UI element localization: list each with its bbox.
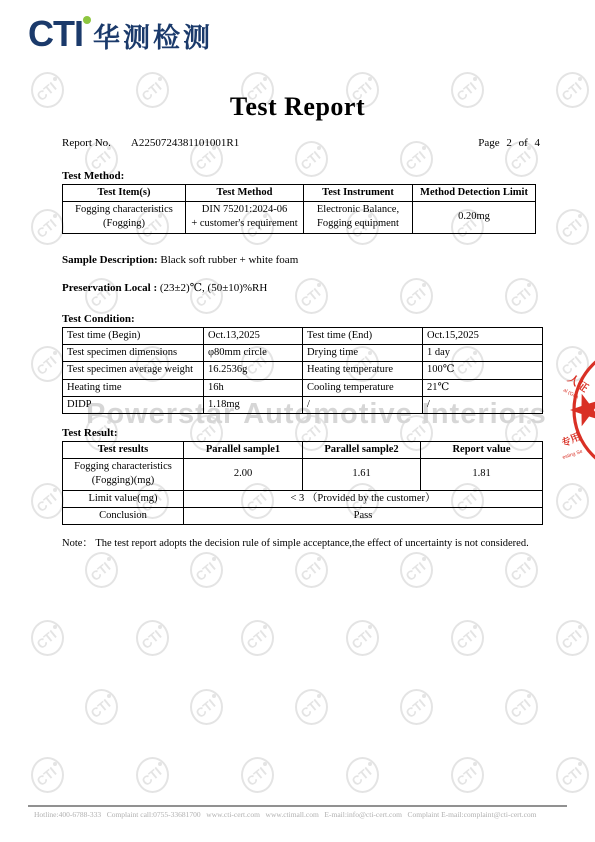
table-cell: DIN 75201:2024-06 + customer's requireme… xyxy=(186,202,304,233)
preservation-label: Preservation Local : xyxy=(62,282,157,294)
table-cell: 1.61 xyxy=(303,459,421,490)
footer-divider xyxy=(28,805,567,807)
table-cell: Fogging characteristics (Fogging) xyxy=(63,202,186,233)
table-row: Limit value(mg)< 3 （Provided by the cust… xyxy=(63,490,543,507)
page-title: Test Report xyxy=(0,92,595,122)
table-cell: φ80mm circle xyxy=(204,345,303,362)
test-method-table: Test Item(s)Test MethodTest InstrumentMe… xyxy=(62,184,536,234)
report-page: CTICTICTICTICTICTICTICTICTICTICTICTICTIC… xyxy=(0,0,595,842)
test-result-label: Test Result: xyxy=(62,427,118,439)
table-header-row: Test resultsParallel sample1Parallel sam… xyxy=(63,442,543,459)
table-cell: 100℃ xyxy=(423,362,543,379)
table-cell: Test specimen average weight xyxy=(63,362,204,379)
table-cell: Electronic Balance, Fogging equipment xyxy=(304,202,413,233)
table-row: Heating time16hCooling temperature21℃ xyxy=(63,379,543,396)
table-cell: Heating temperature xyxy=(303,362,423,379)
column-header: Parallel sample2 xyxy=(303,442,421,459)
column-header: Parallel sample1 xyxy=(184,442,303,459)
note-text: The test report adopts the decision rule… xyxy=(95,538,528,549)
footer-contact-line: Hotline:400-6788-333 Complaint call:0755… xyxy=(34,810,537,819)
test-method-label: Test Method: xyxy=(62,170,124,182)
table-cell: Cooling temperature xyxy=(303,379,423,396)
column-header: Test Item(s) xyxy=(63,185,186,202)
table-cell: 1 day xyxy=(423,345,543,362)
table-row: Test time (Begin)Oct.13,2025Test time (E… xyxy=(63,328,543,345)
report-content: CTI 华测检测 Test Report Report No.A22507243… xyxy=(0,0,595,842)
table-cell: Drying time xyxy=(303,345,423,362)
seal-graphic: 人证 al (Gua 专用 esting Se xyxy=(562,348,595,473)
sample-description-label: Sample Description: xyxy=(62,254,158,266)
table-cell: 2.00 xyxy=(184,459,303,490)
table-cell: Oct.13,2025 xyxy=(204,328,303,345)
table-cell: DIDP xyxy=(63,396,204,413)
column-header: Test results xyxy=(63,442,184,459)
report-meta-line: Report No.A2250724381101001R1 Page 2 of … xyxy=(62,137,540,149)
preservation-line: Preservation Local : (23±2)℃, (50±10)%RH xyxy=(62,281,267,294)
table-cell: Test time (Begin) xyxy=(63,328,204,345)
table-row: Test specimen dimensionsφ80mm circleDryi… xyxy=(63,345,543,362)
column-header: Method Detection Limit xyxy=(413,185,536,202)
table-cell: / xyxy=(423,396,543,413)
table-row: Fogging characteristics (Fogging)(mg)2.0… xyxy=(63,459,543,490)
cti-logo-chinese: 华测检测 xyxy=(93,25,213,52)
table-row: Test specimen average weight16.2536gHeat… xyxy=(63,362,543,379)
table-cell: 1.81 xyxy=(421,459,543,490)
table-row: DIDP1.18mg// xyxy=(63,396,543,413)
table-cell: 16h xyxy=(204,379,303,396)
column-header: Test Method xyxy=(186,185,304,202)
table-cell: Test time (End) xyxy=(303,328,423,345)
table-cell: Limit value(mg) xyxy=(63,490,184,507)
table-header-row: Test Item(s)Test MethodTest InstrumentMe… xyxy=(63,185,536,202)
sample-description-line: Sample Description: Black soft rubber + … xyxy=(62,254,298,266)
red-seal-stamp: 人证 al (Gua 专用 esting Se xyxy=(562,348,595,473)
column-header: Test Instrument xyxy=(304,185,413,202)
test-result-table: Test resultsParallel sample1Parallel sam… xyxy=(62,441,543,525)
note-label: Note： xyxy=(62,538,93,549)
table-cell: Test specimen dimensions xyxy=(63,345,204,362)
table-cell: Heating time xyxy=(63,379,204,396)
column-header: Report value xyxy=(421,442,543,459)
report-no-value: A2250724381101001R1 xyxy=(131,137,239,149)
table-cell: / xyxy=(303,396,423,413)
cti-logo: CTI 华测检测 xyxy=(28,16,213,52)
table-cell: Conclusion xyxy=(63,507,184,524)
sample-description-value: Black soft rubber + white foam xyxy=(160,254,298,266)
table-row: ConclusionPass xyxy=(63,507,543,524)
table-cell: 0.20mg xyxy=(413,202,536,233)
logo-green-dot-icon xyxy=(83,16,91,24)
page-indicator: Page 2 of 4 xyxy=(478,137,540,149)
test-condition-label: Test Condition: xyxy=(62,313,135,325)
preservation-value: (23±2)℃, (50±10)%RH xyxy=(160,282,267,294)
cti-logo-text: CTI xyxy=(28,16,83,52)
table-cell: Fogging characteristics (Fogging)(mg) xyxy=(63,459,184,490)
table-cell: 16.2536g xyxy=(204,362,303,379)
table-row: Fogging characteristics (Fogging)DIN 752… xyxy=(63,202,536,233)
note-line: Note： The test report adopts the decisio… xyxy=(62,535,545,550)
report-no-label: Report No. xyxy=(62,137,111,149)
table-cell: 21℃ xyxy=(423,379,543,396)
seal-text-bottom-en: esting Se xyxy=(562,449,584,461)
table-cell: < 3 （Provided by the customer） xyxy=(184,490,543,507)
table-cell: Pass xyxy=(184,507,543,524)
table-cell: Oct.15,2025 xyxy=(423,328,543,345)
table-cell: 1.18mg xyxy=(204,396,303,413)
test-condition-table: Test time (Begin)Oct.13,2025Test time (E… xyxy=(62,327,543,414)
